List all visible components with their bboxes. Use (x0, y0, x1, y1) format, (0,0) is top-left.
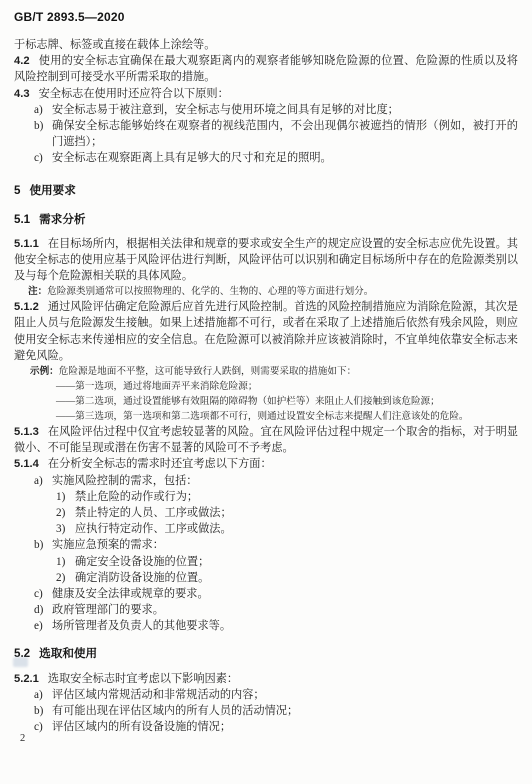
example-option-1: ——第一选项，通过将地面弄平来消除危险源； (56, 379, 518, 394)
example: 示例：危险源是地面不平整，这可能导致行人跌倒，则需要采取的措施如下： (30, 364, 518, 379)
list-text: 安全标志易于被注意到，安全标志与使用环境之间具有足够的对比度； (52, 102, 518, 118)
section-5-heading: 5使用要求 (14, 182, 518, 198)
section-5-2-heading: 5.2选取和使用 (14, 645, 518, 661)
list-label: c) (34, 586, 52, 602)
clause-number: 4.3 (14, 88, 39, 100)
list-text: 实施应急预案的需求： (52, 537, 518, 553)
section-title: 选取和使用 (39, 647, 97, 660)
list-item-a: a) 评估区域内常规活动和非常规活动的内容； (34, 687, 518, 703)
clause-text: 选取安全标志时宜考虑以下影响因素： (48, 673, 238, 685)
list-text: 应执行特定动作、工序或做法。 (75, 521, 518, 537)
document-page: GB/T 2893.5—2020 于标志牌、标签或直接在载体上涂绘等。 4.2使… (0, 0, 532, 784)
note-label: 注： (28, 286, 47, 297)
list-item-b: b) 有可能出现在评估区域内的所有人员的活动情况； (34, 703, 518, 719)
list-item-a: a) 安全标志易于被注意到，安全标志与使用环境之间具有足够的对比度； (34, 102, 518, 118)
list-item-c: c) 安全标志在观察距离上具有足够大的尺寸和充足的照明。 (34, 150, 518, 166)
list-text: 安全标志在观察距离上具有足够大的尺寸和充足的照明。 (52, 150, 518, 166)
doc-code-header: GB/T 2893.5—2020 (14, 10, 518, 24)
example-label: 示例： (30, 366, 59, 377)
list-item-c: c) 评估区域内的所有设备设施的情况； (34, 719, 518, 735)
list-text: 确保安全标志能够始终在观察者的视线范围内，不会出现偶尔被遮挡的情形（例如，被打开… (52, 118, 518, 150)
section-title: 需求分析 (39, 213, 85, 226)
clause-5-1-2: 5.1.2通过风险评估确定危险源后应首先进行风险控制。首选的风险控制措施应为消除… (14, 299, 518, 364)
clause-text: 通过风险评估确定危险源后应首先进行风险控制。首选的风险控制措施应为消除危险源，其… (14, 301, 518, 362)
list-label: 1) (56, 489, 75, 505)
list-item-d: d) 政府管理部门的要求。 (34, 602, 518, 618)
list-label: 3) (56, 521, 75, 537)
clause-number: 5.1.4 (14, 458, 48, 470)
sublist-item-1: 1) 确定安全设备设施的位置； (56, 554, 518, 570)
list-text: 确定消防设备设施的位置。 (75, 570, 518, 586)
list-text: 有可能出现在评估区域内的所有人员的活动情况； (52, 703, 518, 719)
clause-number: 5.2.1 (14, 673, 48, 685)
list-item-c: c) 健康及安全法律或规章的要求。 (34, 586, 518, 602)
list-text: 评估区域内的所有设备设施的情况； (52, 719, 518, 735)
list-item-b: b) 实施应急预案的需求： (34, 537, 518, 553)
sublist-item-2: 2) 确定消防设备设施的位置。 (56, 570, 518, 586)
sublist-item-1: 1) 禁止危险的动作或行为； (56, 489, 518, 505)
clause-4-2: 4.2使用的安全标志宜确保在最大观察距离内的观察者能够知晓危险源的位置、危险源的… (14, 53, 518, 85)
clause-text: 在目标场所内，根据相关法律和规章的要求或安全生产的规定应设置的安全标志应优先设置… (14, 238, 518, 282)
list-label: 2) (56, 505, 75, 521)
list-label: a) (34, 102, 52, 118)
example-text: 危险源是地面不平整，这可能导致行人跌倒，则需要采取的措施如下： (59, 366, 356, 377)
clause-text: 在风险评估过程中仅宜考虑较显著的风险。宜在风险评估过程中规定一个取舍的指标，对于… (14, 426, 518, 454)
list-text: 实施风险控制的需求，包括： (52, 473, 518, 489)
list-item-a: a) 实施风险控制的需求，包括： (34, 473, 518, 489)
list-label: c) (34, 719, 52, 735)
list-label: b) (34, 537, 52, 553)
list-label: b) (34, 703, 52, 719)
list-label: a) (34, 687, 52, 703)
scan-artifact (13, 657, 28, 667)
section-number: 5 (14, 184, 29, 197)
sublist-item-3: 3) 应执行特定动作、工序或做法。 (56, 521, 518, 537)
list-text: 场所管理者及负责人的其他要求等。 (52, 618, 518, 634)
note: 注：危险源类别通常可以按照物理的、化学的、生物的、心理的等方面进行划分。 (28, 284, 518, 299)
page-number: 2 (20, 733, 25, 744)
clause-text: 在分析安全标志的需求时还宜考虑以下方面： (48, 458, 272, 470)
list-label: e) (34, 618, 52, 634)
list-label: d) (34, 602, 52, 618)
example-option-3: ——第三选项，第一选项和第二选项都不可行，则通过设置安全标志来提醒人们注意该处的… (56, 409, 518, 424)
section-5-1-heading: 5.1需求分析 (14, 211, 518, 227)
clause-text: 安全标志在使用时还应符合以下原则： (39, 88, 229, 100)
clause-5-1-3: 5.1.3在风险评估过程中仅宜考虑较显著的风险。宜在风险评估过程中规定一个取舍的… (14, 424, 518, 456)
sublist-item-2: 2) 禁止特定的人员、工序或做法； (56, 505, 518, 521)
section-number: 5.1 (14, 213, 39, 226)
clause-number: 4.2 (14, 55, 39, 67)
clause-number: 5.1.1 (14, 238, 48, 250)
list-text: 政府管理部门的要求。 (52, 602, 518, 618)
clause-text: 使用的安全标志宜确保在最大观察距离内的观察者能够知晓危险源的位置、危险源的性质以… (14, 55, 518, 83)
list-label: 1) (56, 554, 75, 570)
section-title: 使用要求 (29, 184, 75, 197)
paragraph-text: 于标志牌、标签或直接在载体上涂绘等。 (14, 39, 215, 51)
clause-5-1-1: 5.1.1在目标场所内，根据相关法律和规章的要求或安全生产的规定应设置的安全标志… (14, 236, 518, 285)
note-text: 危险源类别通常可以按照物理的、化学的、生物的、心理的等方面进行划分。 (47, 286, 373, 297)
clause-number: 5.1.2 (14, 301, 48, 313)
list-text: 健康及安全法律或规章的要求。 (52, 586, 518, 602)
paragraph-continuation: 于标志牌、标签或直接在载体上涂绘等。 (14, 37, 518, 53)
clause-5-1-4: 5.1.4在分析安全标志的需求时还宜考虑以下方面： (14, 456, 518, 472)
list-text: 禁止特定的人员、工序或做法； (75, 505, 518, 521)
clause-4-3: 4.3安全标志在使用时还应符合以下原则： (14, 86, 518, 102)
list-text: 评估区域内常规活动和非常规活动的内容； (52, 687, 518, 703)
list-item-e: e) 场所管理者及负责人的其他要求等。 (34, 618, 518, 634)
clause-5-2-1: 5.2.1选取安全标志时宜考虑以下影响因素： (14, 671, 518, 687)
list-label: 2) (56, 570, 75, 586)
list-label: c) (34, 150, 52, 166)
clause-number: 5.1.3 (14, 426, 48, 438)
example-option-2: ——第二选项，通过设置能够有效阻隔的障碍物（如护栏等）来阻止人们接触到该危险源； (56, 394, 518, 409)
list-item-b: b) 确保安全标志能够始终在观察者的视线范围内，不会出现偶尔被遮挡的情形（例如，… (34, 118, 518, 150)
list-label: a) (34, 473, 52, 489)
list-text: 确定安全设备设施的位置； (75, 554, 518, 570)
list-text: 禁止危险的动作或行为； (75, 489, 518, 505)
list-label: b) (34, 118, 52, 150)
